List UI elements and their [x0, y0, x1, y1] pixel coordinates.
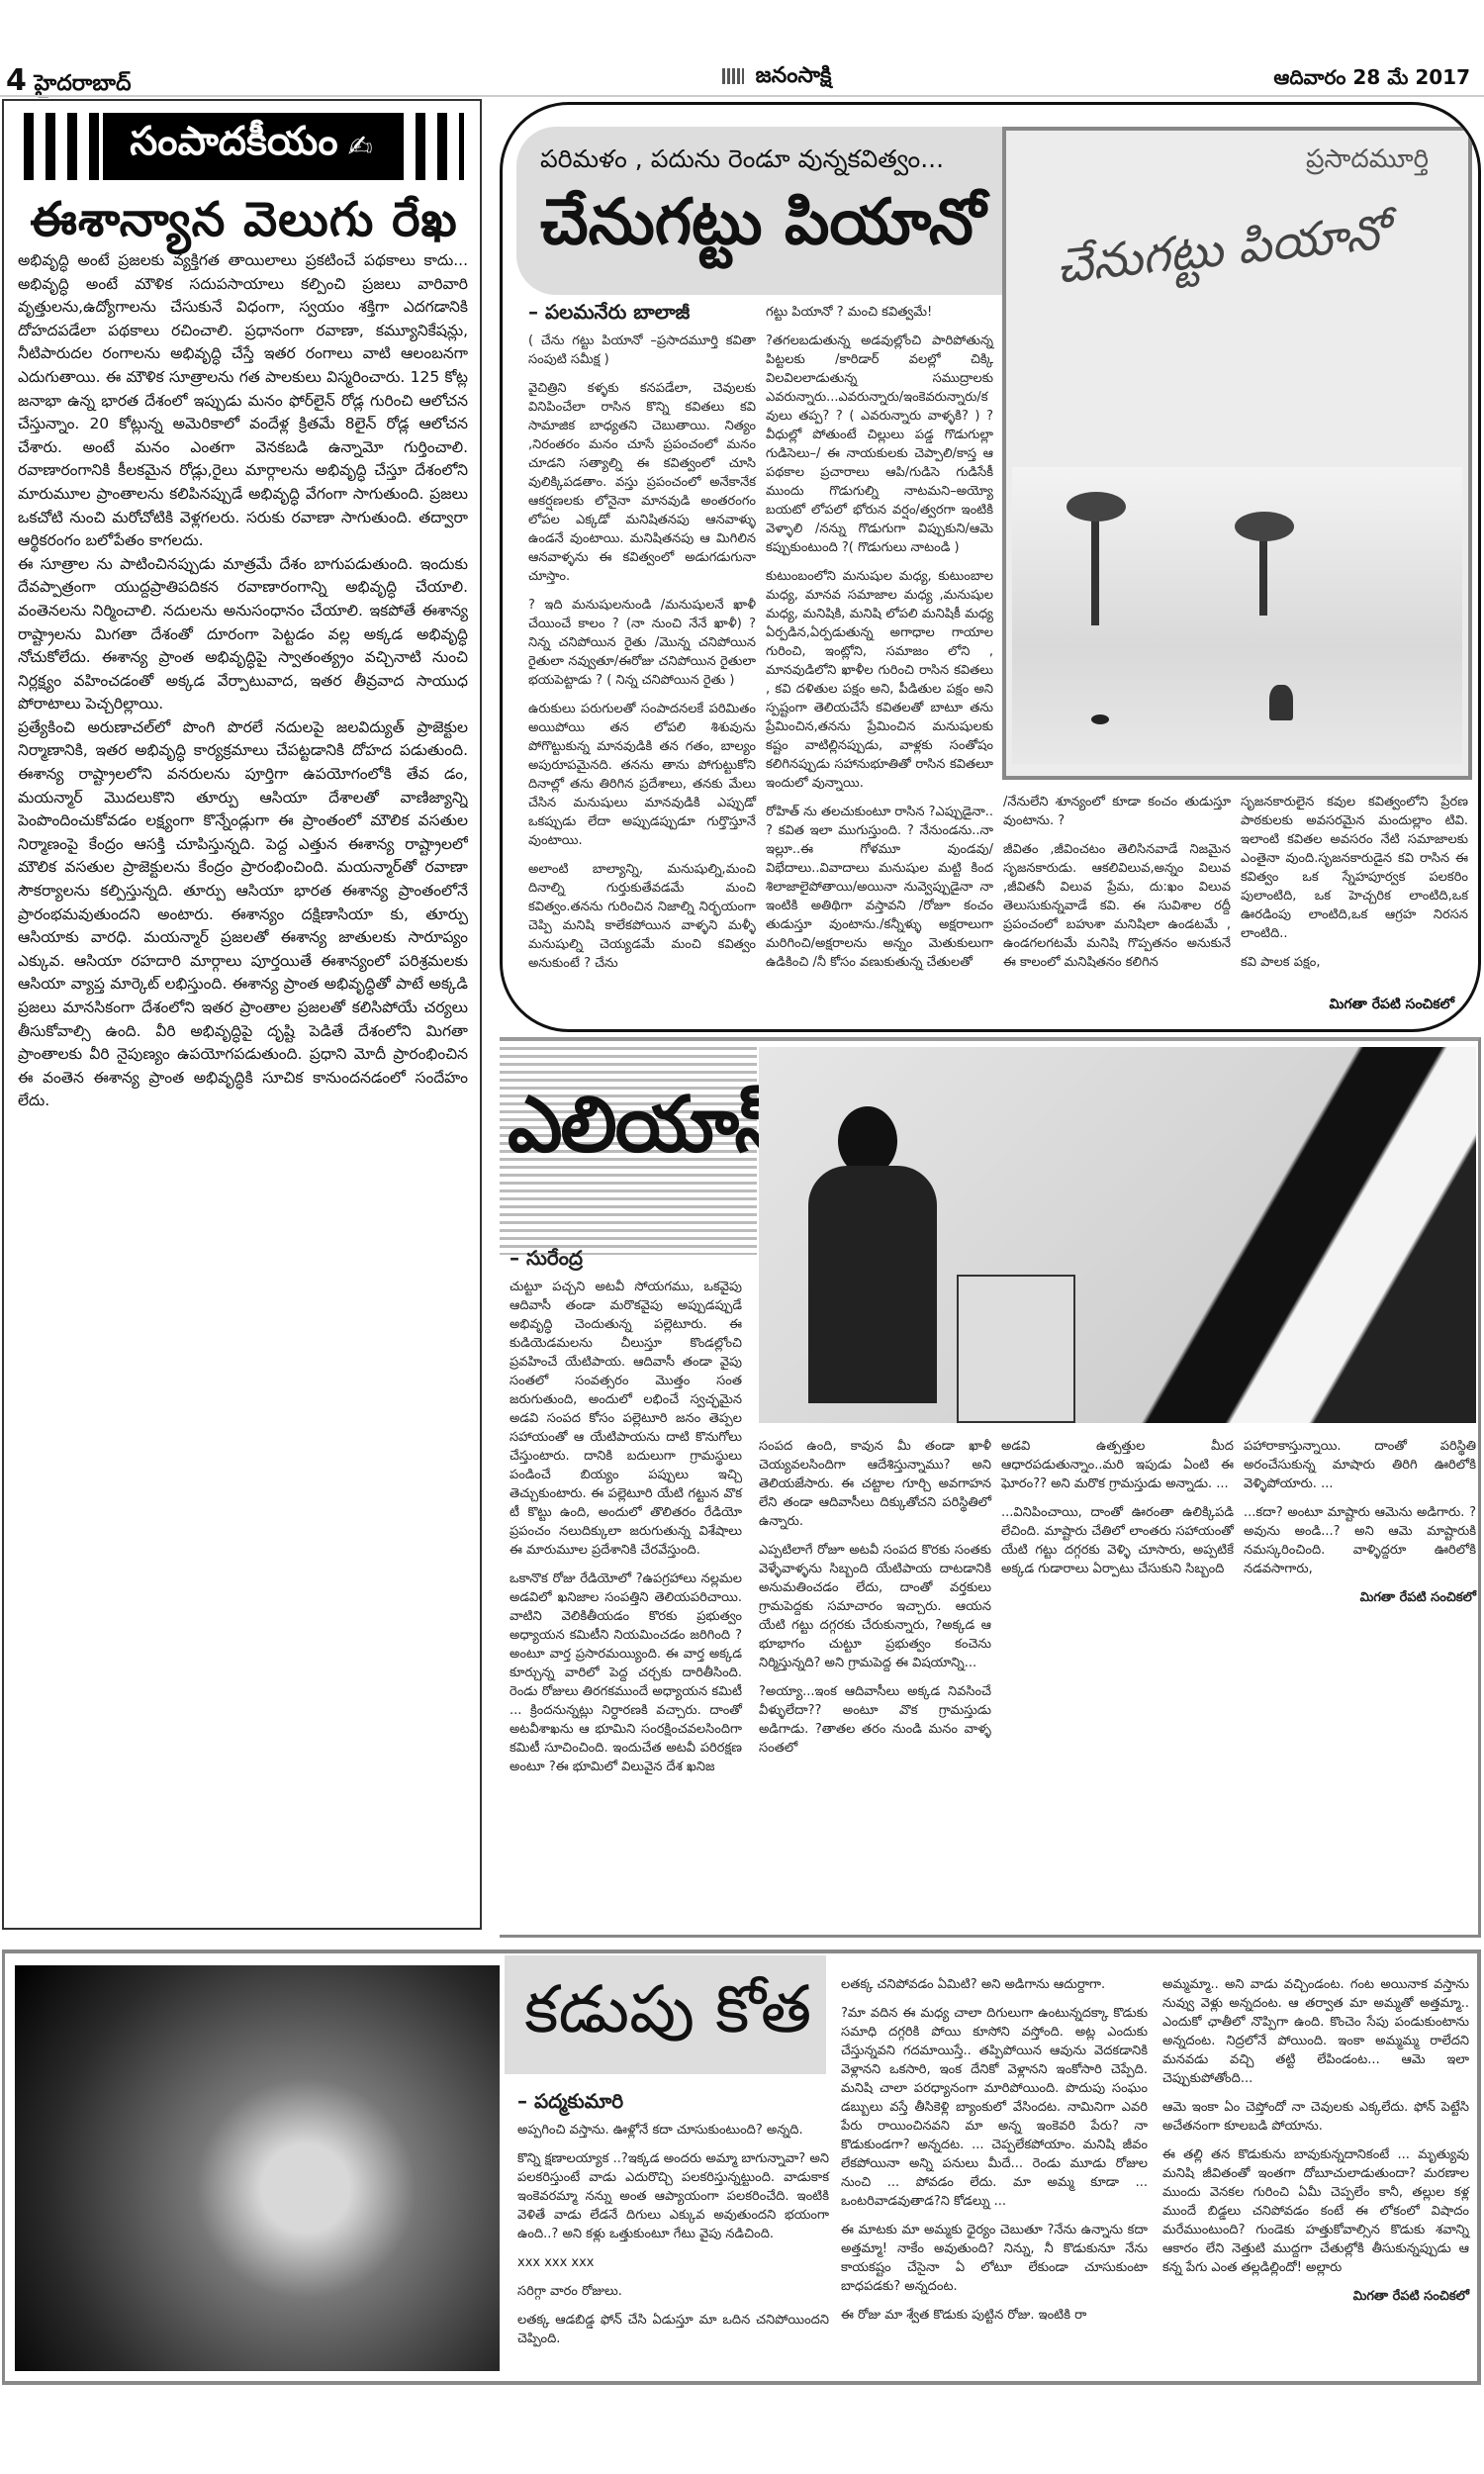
poetry-review-column-1: – పలమనేరు బాలాజీ ( చేను గట్టు పియానో –ప్… — [528, 303, 756, 983]
kadupu-kota-section: కడుపు కోత – పద్మకుమారి అప్పగించి వస్తాను… — [2, 1950, 1481, 2385]
byline: – పద్మకుమారి — [517, 2092, 829, 2111]
poetry-review-column-2: గట్టు పియానో ? మంచి కవిత్వమే! ?తగలబడుతున… — [766, 303, 993, 982]
article-kicker: పరిమళం , పదును రెండూ వున్నకవిత్వం... — [540, 144, 944, 180]
story-title: కడుపు కోత — [524, 1971, 811, 2063]
story-column-4: పహారాకాస్తున్నాయి. దాంతో పరిస్థితి అరంచే… — [1244, 1437, 1476, 1617]
story-title: ఎలియాస్ — [508, 1081, 787, 1189]
editorial-paragraph: ఈ సూత్రాల ను పాటించినప్పుడు మాత్రమే దేశం… — [18, 553, 468, 716]
poetry-review-column-3: /నేనులేని శూన్యంలో కూడా కంచం తుడుస్తూ వు… — [1003, 793, 1231, 982]
story-column-2: లతక్క చనిపోవడం ఏమిటి? అని అడిగాను ఆదుర్ద… — [841, 1975, 1148, 2334]
continued-note: మిగతా రేపటి సంచికలో — [1162, 2287, 1469, 2306]
editorial-banner: సంపాదకీయం ✍ — [24, 113, 464, 180]
top-rule — [0, 95, 1484, 97]
editorial-paragraph: అభివృద్ధి అంటే ప్రజలకు వ్యక్తిగత తాయిలాల… — [18, 249, 468, 553]
old-woman-portrait-image — [15, 1965, 500, 2371]
paper-name: జనంసాక్షి — [722, 63, 832, 93]
cover-title: చేనుగట్టు పియానో — [1054, 203, 1391, 297]
continued-note: మిగతా రేపటి సంచికలో — [1330, 997, 1454, 1015]
date-line: ఆదివారం 28 మే 2017 — [1273, 65, 1470, 94]
cover-author: ప్రసాదమూర్తి — [1306, 144, 1429, 180]
cover-landscape-illustration — [1012, 467, 1462, 764]
poetry-review-section: పరిమళం , పదును రెండూ వున్నకవిత్వం... చేన… — [500, 102, 1481, 1032]
story-column-3: అడవి ఉత్పత్తుల మీద ఆధారపడుతున్నాం..మరి ఇ… — [1001, 1437, 1234, 1588]
article-title: చేనుగట్టు పియానో — [540, 186, 985, 274]
page-number: 4 — [6, 63, 27, 98]
story-illustration — [759, 1047, 1476, 1423]
elias-story-section: ఎలియాస్ – సురేంద్ర చుట్టూ పచ్చని అటవీ సో… — [500, 1037, 1481, 1938]
byline: – పలమనేరు బాలాజీ — [528, 303, 756, 322]
story-column-1: – పద్మకుమారి అప్పగించి వస్తాను. ఊళ్లోనే … — [517, 2092, 829, 2358]
continued-note: మిగతా రేపటి సంచికలో — [1244, 1588, 1476, 1607]
story-column-1: – సురేంద్ర చుట్టూ పచ్చని అటవీ సోయగము, ఒక… — [510, 1249, 742, 1786]
story-column-3: అమ్మమ్మా.. అని వాడు వచ్చిండంట. గంట అయినా… — [1162, 1975, 1469, 2316]
byline: – సురేంద్ర — [510, 1249, 742, 1268]
editorial-section: సంపాదకీయం ✍ ఈశాన్యాన వెలుగు రేఖ అభివృద్ధ… — [2, 99, 482, 1930]
editorial-label: సంపాదకీయం — [130, 119, 337, 174]
edition-label: హైదరాబాద్ — [35, 71, 132, 96]
poetry-review-column-4: సృజనకారులైన కవుల కవిత్వంలోని ప్రేరణ పాఠక… — [1241, 793, 1468, 982]
editorial-paragraph: ప్రత్యేకించి అరుణాచల్‌లో పొంగి పొరలే నదు… — [18, 716, 468, 1113]
book-cover-image: ప్రసాదమూర్తి చేనుగట్టు పియానో — [1002, 127, 1472, 780]
pen-hand-icon: ✍ — [348, 130, 373, 164]
editorial-body: అభివృద్ధి అంటే ప్రజలకు వ్యక్తిగత తాయిలాల… — [18, 249, 468, 1912]
story-column-2: సంపద ఉంది, కావున మీ తండా ఖాళీ చెయ్యవలసిం… — [759, 1437, 991, 1767]
paper-logo-icon — [722, 68, 744, 84]
poetry-review-header: పరిమళం , పదును రెండూ వున్నకవిత్వం... చేన… — [516, 127, 1031, 295]
story-title-box: కడుపు కోత — [505, 1955, 826, 2074]
